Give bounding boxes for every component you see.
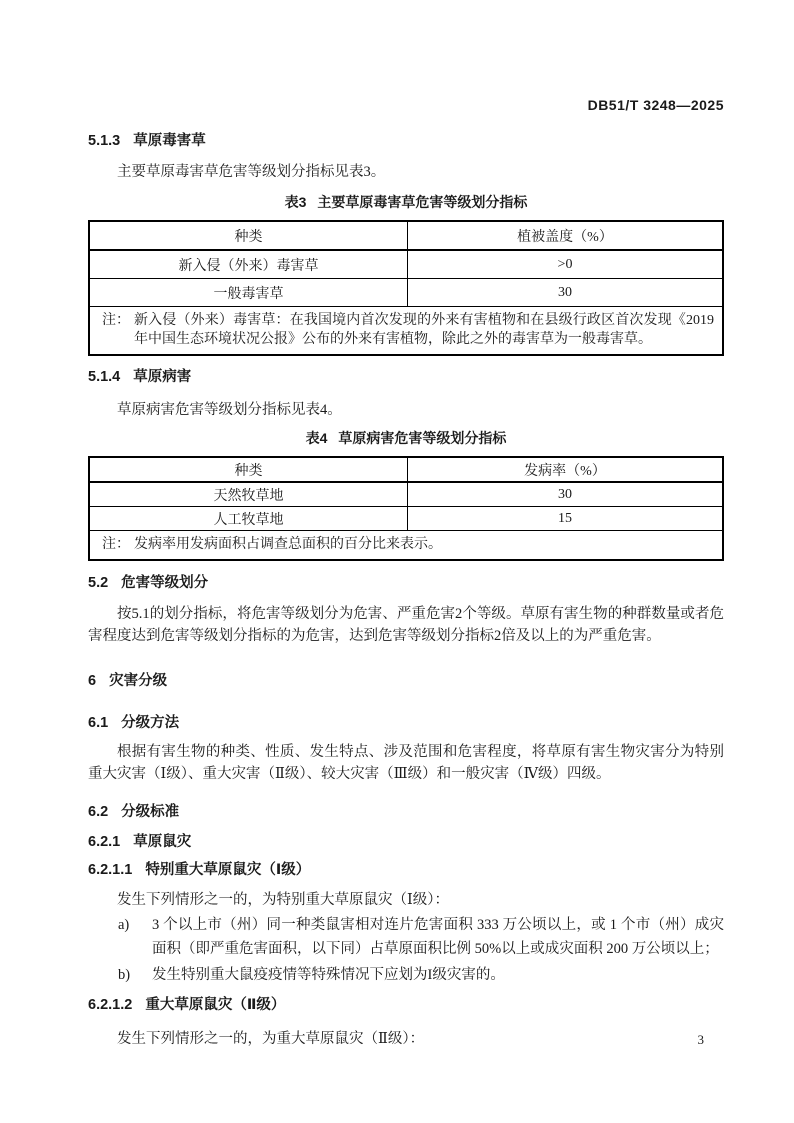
table4-note: 注： 发病率用发病面积占调查总面积的百分比来表示。 [89,531,723,561]
section-title: 灾害分级 [109,671,167,691]
section-heading-5-2: 5.2 危害等级划分 [88,573,724,593]
list-marker: a) [118,913,152,961]
table3-caption-title: 主要草原毒害草危害等级划分指标 [317,194,527,210]
section-title: 危害等级划分 [121,573,208,593]
section-number: 6.2.1.2 [88,995,132,1015]
section-number: 6.2.1 [88,832,120,852]
table-row: 人工牧草地 15 [89,507,723,531]
note-label: 注： [102,535,130,554]
section-number: 5.2 [88,573,108,593]
table-row: 新入侵（外来）毒害草 >0 [89,250,723,279]
section-heading-6-2: 6.2 分级标准 [88,802,724,822]
note-text: 发病率用发病面积占调查总面积的百分比来表示。 [134,535,714,554]
section-number: 5.1.3 [88,131,120,151]
table4-caption-title: 草原病害危害等级划分指标 [338,430,506,446]
section-title: 分级标准 [121,802,179,822]
table-row: 一般毒害草 30 [89,279,723,307]
section-heading-5-1-4: 5.1.4 草原病害 [88,367,724,387]
table3-r2-value: 30 [408,279,724,307]
section-title: 特别重大草原鼠灾（Ⅰ级） [145,860,310,880]
document-page: DB51/T 3248—2025 5.1.3 草原毒害草 主要草原毒害草危害等级… [0,0,794,1123]
section-title: 草原鼠灾 [133,832,191,852]
table4-header-row: 种类 发病率（%） [89,457,723,482]
paragraph-6-1: 根据有害生物的种类、性质、发生特点、涉及范围和危害程度，将草原有害生物灾害分为特… [88,741,724,785]
paragraph-5-2: 按5.1的划分指标，将危害等级划分为危害、严重危害2个等级。草原有害生物的种群数… [88,603,724,647]
table3-caption-label: 表3 [285,194,307,210]
table4-caption-label: 表4 [306,430,328,446]
section-number: 6.2 [88,802,108,822]
table3-caption: 表3主要草原毒害草危害等级划分指标 [88,192,724,212]
paragraph-6-2-1-1-intro: 发生下列情形之一的，为特别重大草原鼠灾（Ⅰ级）： [88,889,724,911]
table3-header-row: 种类 植被盖度（%） [89,221,723,250]
section-title: 草原病害 [133,367,191,387]
table3-r1-species: 新入侵（外来）毒害草 [89,250,408,279]
table3-col-value: 植被盖度（%） [408,221,724,250]
note-label: 注： [102,311,130,330]
table4-col-species: 种类 [89,457,408,482]
table4-r1-value: 30 [408,482,724,507]
section-heading-6: 6 灾害分级 [88,671,724,691]
section-number: 6.2.1.1 [88,860,132,880]
table-row: 天然牧草地 30 [89,482,723,507]
table4: 种类 发病率（%） 天然牧草地 30 人工牧草地 15 注： 发病率用发病面积占… [88,456,724,561]
table-note-row: 注： 新入侵（外来）毒害草：在我国境内首次发现的外来有害植物和在县级行政区首次发… [89,307,723,356]
list-marker: b) [118,963,152,987]
table4-col-value: 发病率（%） [408,457,724,482]
section-number: 5.1.4 [88,367,120,387]
table4-r2-value: 15 [408,507,724,531]
table3-col-species: 种类 [89,221,408,250]
table-note-row: 注： 发病率用发病面积占调查总面积的百分比来表示。 [89,531,723,561]
section-heading-6-2-1-2: 6.2.1.2 重大草原鼠灾（Ⅱ级） [88,995,724,1015]
doc-code-header: DB51/T 3248—2025 [88,96,724,114]
table4-caption: 表4草原病害危害等级划分指标 [88,428,724,448]
page-number: 3 [698,1032,705,1048]
section-heading-6-2-1: 6.2.1 草原鼠灾 [88,832,724,852]
section-heading-6-2-1-1: 6.2.1.1 特别重大草原鼠灾（Ⅰ级） [88,860,724,880]
table3-note: 注： 新入侵（外来）毒害草：在我国境内首次发现的外来有害植物和在县级行政区首次发… [89,307,723,356]
paragraph-6-2-1-2-intro: 发生下列情形之一的，为重大草原鼠灾（Ⅱ级）： [88,1028,724,1050]
list-item-text: 发生特别重大鼠疫疫情等特殊情况下应划为I级灾害的。 [152,963,724,987]
table3-r2-species: 一般毒害草 [89,279,408,307]
section-heading-5-1-3: 5.1.3 草原毒害草 [88,131,724,151]
section-title: 分级方法 [121,713,179,733]
table4-r2-species: 人工牧草地 [89,507,408,531]
section-number: 6.1 [88,713,108,733]
list-item-b: b) 发生特别重大鼠疫疫情等特殊情况下应划为I级灾害的。 [118,963,724,987]
table3-r1-value: >0 [408,250,724,279]
paragraph-5-1-4: 草原病害危害等级划分指标见表4。 [88,399,724,421]
list-item-a: a) 3 个以上市（州）同一种类鼠害相对连片危害面积 333 万公顷以上，或 1… [118,913,724,961]
table3: 种类 植被盖度（%） 新入侵（外来）毒害草 >0 一般毒害草 30 注： 新入侵… [88,220,724,356]
section-number: 6 [88,671,96,691]
section-title: 重大草原鼠灾（Ⅱ级） [145,995,285,1015]
table4-r1-species: 天然牧草地 [89,482,408,507]
section-title: 草原毒害草 [133,131,206,151]
list-item-text: 3 个以上市（州）同一种类鼠害相对连片危害面积 333 万公顷以上，或 1 个市… [152,913,724,961]
section-heading-6-1: 6.1 分级方法 [88,713,724,733]
note-text: 新入侵（外来）毒害草：在我国境内首次发现的外来有害植物和在县级行政区首次发现《2… [134,311,714,349]
paragraph-5-1-3: 主要草原毒害草危害等级划分指标见表3。 [88,161,724,183]
